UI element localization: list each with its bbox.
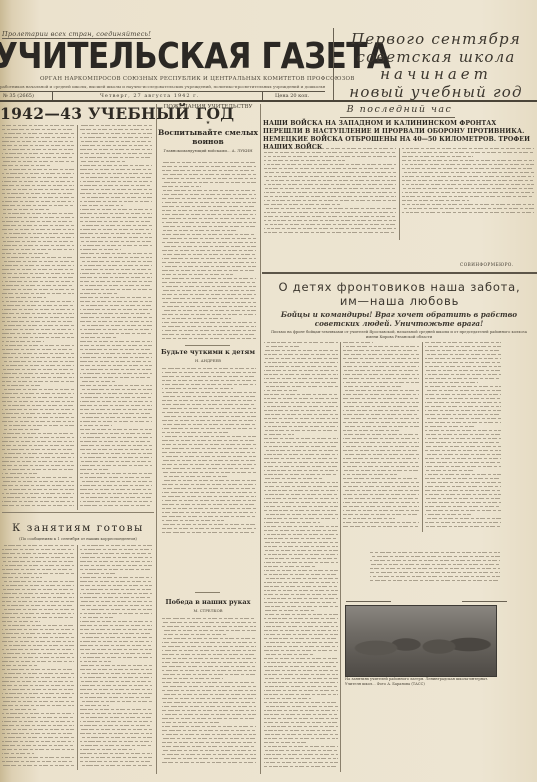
text-line [425,342,501,343]
text-line [80,457,152,458]
text-line [80,665,152,666]
text-line [425,526,501,527]
text-line [2,441,74,442]
text-line [2,281,74,282]
text-line [343,478,419,479]
text-line [264,518,338,519]
text-line [80,477,152,478]
text-line [162,266,256,267]
text-line [264,510,338,511]
text-line [343,462,419,463]
text-line [80,469,110,470]
text-line [2,237,74,238]
text-line [80,725,152,726]
text-line [2,613,74,614]
text-line [162,690,256,691]
text-line [264,358,338,359]
divider [462,601,507,602]
text-line [162,170,256,171]
text-line [162,754,256,755]
text-line [2,337,74,338]
text-line [80,669,152,670]
text-line [264,550,338,551]
text-line [162,368,256,369]
text-line [80,225,152,226]
text-line [343,442,419,443]
text-line [80,745,152,746]
text-line [425,418,501,419]
text-line [2,313,74,314]
text-line [162,504,256,505]
text-line [264,622,338,623]
issue-number: № 35 (2665) [3,93,34,99]
text-line [2,625,74,626]
text-line [2,209,50,210]
text-line [402,208,534,209]
text-line [343,454,419,455]
text-line [264,466,338,467]
text-line [162,638,256,639]
text-line [402,212,534,213]
text-line [343,470,419,471]
text-line [80,277,152,278]
text-line [2,201,74,202]
text-line [343,410,419,411]
text-line [2,217,74,218]
divider [260,104,261,774]
text-line [162,686,256,687]
text-line [80,589,152,590]
text-line [80,557,152,558]
article-body [2,545,74,770]
text-line [80,449,152,450]
text-line [2,585,74,586]
text-line [2,569,74,570]
text-line [425,498,501,499]
text-line [2,505,74,506]
text-line [162,198,256,199]
feature-headline: О детях фронтовиков наша забота, им—наша… [262,280,537,308]
divider [340,117,455,118]
text-line [264,450,338,451]
text-line [80,673,152,674]
text-line [162,682,256,683]
text-line [264,506,338,507]
divider [185,345,230,346]
text-line [2,149,74,150]
text-line [264,232,396,233]
text-line [264,458,338,459]
text-line [162,384,256,385]
text-line [264,478,322,479]
text-line [264,426,338,427]
text-line [264,434,294,435]
text-line [264,714,338,715]
text-line [162,214,256,215]
text-line [162,706,256,707]
text-line [2,125,74,126]
text-line [2,749,74,750]
text-line [80,221,152,222]
text-line [80,141,152,142]
text-line [162,310,256,311]
text-line [264,362,338,363]
text-line [343,526,419,527]
text-line [80,261,152,262]
text-line [162,262,256,263]
text-line [2,601,74,602]
text-line [80,257,152,258]
text-line [343,450,419,451]
text-line [162,742,256,743]
photo-caption: На занятиях учителей районного лагеря. Л… [345,677,495,687]
text-line [343,414,419,415]
text-line [80,401,152,402]
text-line [162,162,256,163]
text-line [2,381,74,382]
text-line [2,657,74,658]
text-line [2,173,74,174]
text-line [80,485,152,486]
text-line [343,358,419,359]
text-line [425,358,501,359]
text-line [80,209,152,210]
text-line [2,401,74,402]
text-line [2,465,74,466]
text-line [80,493,152,494]
text-line [264,554,338,555]
text-line [162,376,256,377]
text-line [162,412,256,413]
text-line [2,473,37,474]
text-line [80,445,152,446]
text-line [162,290,256,291]
text-line [2,425,74,426]
text-line [80,337,117,338]
text-line [343,374,419,375]
headline-school-year: 1942—43 УЧЕБНЫЙ ГОД [0,104,160,123]
masthead-subline: работников начальной и средней школы, вы… [0,84,325,89]
star-icon: ★ [158,120,258,126]
text-line [425,470,474,471]
text-line [162,432,230,433]
text-line [264,630,338,631]
text-line [264,462,338,463]
text-line [2,253,48,254]
text-line [80,573,115,574]
text-line [402,156,473,157]
text-line [80,465,152,466]
text-line [402,188,534,189]
text-line [343,510,419,511]
text-line [264,666,338,667]
text-line [162,250,256,251]
text-line [80,689,152,690]
text-line [80,705,109,706]
text-line [162,520,224,521]
text-line [80,685,152,686]
text-line [2,129,74,130]
text-line [162,194,256,195]
text-line [2,709,36,710]
text-line [264,602,338,603]
article-body [343,342,419,532]
text-line [425,426,476,427]
text-line [162,186,201,187]
text-line [264,204,341,205]
signatures-list [370,552,500,587]
text-line [80,185,152,186]
rubric-last-hour: В последний час [262,104,537,115]
text-line [80,345,152,346]
text-line [264,614,338,615]
article-body [264,148,396,238]
text-line [343,406,419,407]
article-body [264,342,338,772]
text-line [2,477,74,478]
text-line [2,181,74,182]
text-line [80,189,152,190]
text-line [162,440,256,441]
text-line [80,181,152,182]
text-line [162,456,256,457]
text-line [2,385,42,386]
text-line [162,334,256,335]
text-line [2,645,74,646]
text-line [425,518,501,519]
text-line [2,161,74,162]
text-line [162,420,256,421]
text-line [162,524,256,525]
text-line [80,333,152,334]
text-line [264,160,345,161]
text-line [2,145,74,146]
text-line [2,365,74,366]
text-line [2,421,74,422]
text-line [80,453,152,454]
text-line [425,374,501,375]
text-line [264,486,338,487]
text-line [80,253,152,254]
text-line [2,693,74,694]
text-line [2,361,74,362]
text-line [264,394,338,395]
signature-sovinformburo: СОВИНФОРМБЮРО. [460,262,514,267]
text-line [343,390,419,391]
text-line [80,629,152,630]
text-line [264,176,396,177]
text-line [162,618,256,619]
text-line [425,390,501,391]
text-line [162,460,256,461]
text-line [2,341,44,342]
divider [340,342,341,772]
text-line [402,176,534,177]
motto-line: новый учебный год [340,84,532,102]
text-line [80,153,152,154]
text-line [2,297,46,298]
text-line [80,425,112,426]
text-line [264,662,338,663]
divider [346,601,391,602]
text-line [162,448,256,449]
text-line [162,380,256,381]
text-line [264,482,338,483]
text-line [162,436,256,437]
text-line [343,434,419,435]
article-body [80,125,152,510]
text-line [2,445,74,446]
text-line [370,572,500,573]
text-line [264,678,338,679]
text-line [2,765,74,766]
text-line [2,165,52,166]
text-line [2,725,74,726]
newspaper-title: УЧИТЕЛЬСКАЯ ГАЗЕТА [0,36,334,77]
text-line [264,410,338,411]
text-line [162,372,256,373]
text-line [264,746,338,747]
text-line [80,405,152,406]
text-line [343,346,419,347]
text-line [264,538,338,539]
divider [422,342,423,532]
text-line [80,581,152,582]
text-line [343,398,419,399]
text-line [425,362,501,363]
text-line [425,346,501,347]
text-line [264,562,338,563]
text-line [80,481,152,482]
text-line [370,564,500,565]
text-line [264,220,396,221]
text-line [162,218,256,219]
feature-headline-line: им—наша любовь [262,294,537,308]
text-line [80,241,152,242]
rubric-wishes: ПОЖЕЛАНИЯ УЧИТЕЛЬСТВУ [158,104,258,111]
text-line [425,382,478,383]
text-line [264,634,338,635]
text-line [425,402,501,403]
text-line [162,206,256,207]
text-line [402,204,534,205]
text-line [2,433,74,434]
text-line [2,277,74,278]
text-line [2,681,74,682]
text-line [162,512,256,513]
divider [262,272,537,274]
text-line [264,200,396,201]
text-line [425,478,501,479]
text-line [80,157,152,158]
text-line [162,516,256,517]
text-line [162,472,256,473]
text-line [264,582,338,583]
text-line [2,497,74,498]
text-line [80,169,152,170]
text-line [425,350,501,351]
text-line [2,405,74,406]
text-line [402,152,534,153]
text-line [2,577,42,578]
text-line [264,542,338,543]
text-line [162,750,256,751]
text-line [80,353,152,354]
text-line [162,210,256,211]
article-body [80,545,152,770]
text-line [162,424,256,425]
text-line [2,393,74,394]
text-line [80,625,152,626]
divider [77,545,78,770]
text-line [2,589,74,590]
text-line [162,674,256,675]
text-line [80,301,152,302]
text-line [162,738,256,739]
text-line [370,576,500,577]
text-line [162,270,256,271]
text-line [425,454,501,455]
text-line [264,686,338,687]
text-line [2,629,74,630]
text-line [162,710,256,711]
issue-price: Цена 20 коп. [275,93,309,99]
text-line [162,658,256,659]
text-line [2,293,74,294]
text-line [2,413,74,414]
text-line [162,480,256,481]
text-line [80,461,152,462]
text-line [2,597,74,598]
text-line [162,314,256,315]
text-line [425,514,471,515]
text-line [162,298,256,299]
text-line [425,438,501,439]
text-line [162,488,256,489]
text-line [343,458,419,459]
text-line [80,553,152,554]
text-line [80,245,152,246]
text-line [264,586,338,587]
article-title-victory: Победа в наших руках [158,598,258,606]
text-line [2,481,74,482]
text-line [264,350,338,351]
text-line [80,633,152,634]
text-line [162,762,256,763]
text-line [80,429,152,430]
text-line [80,177,152,178]
text-line [162,330,256,331]
text-line [2,489,74,490]
text-line [80,293,119,294]
text-line [2,157,74,158]
text-line [425,386,501,387]
text-line [162,532,256,533]
text-line [2,197,74,198]
text-line [2,397,74,398]
text-line [80,753,152,754]
text-line [264,750,338,751]
text-line [343,430,399,431]
text-line [264,374,338,375]
text-line [264,386,338,387]
text-line [80,205,123,206]
text-line [2,737,74,738]
text-line [162,274,233,275]
text-line [162,646,256,647]
text-line [80,397,152,398]
text-line [264,490,338,491]
